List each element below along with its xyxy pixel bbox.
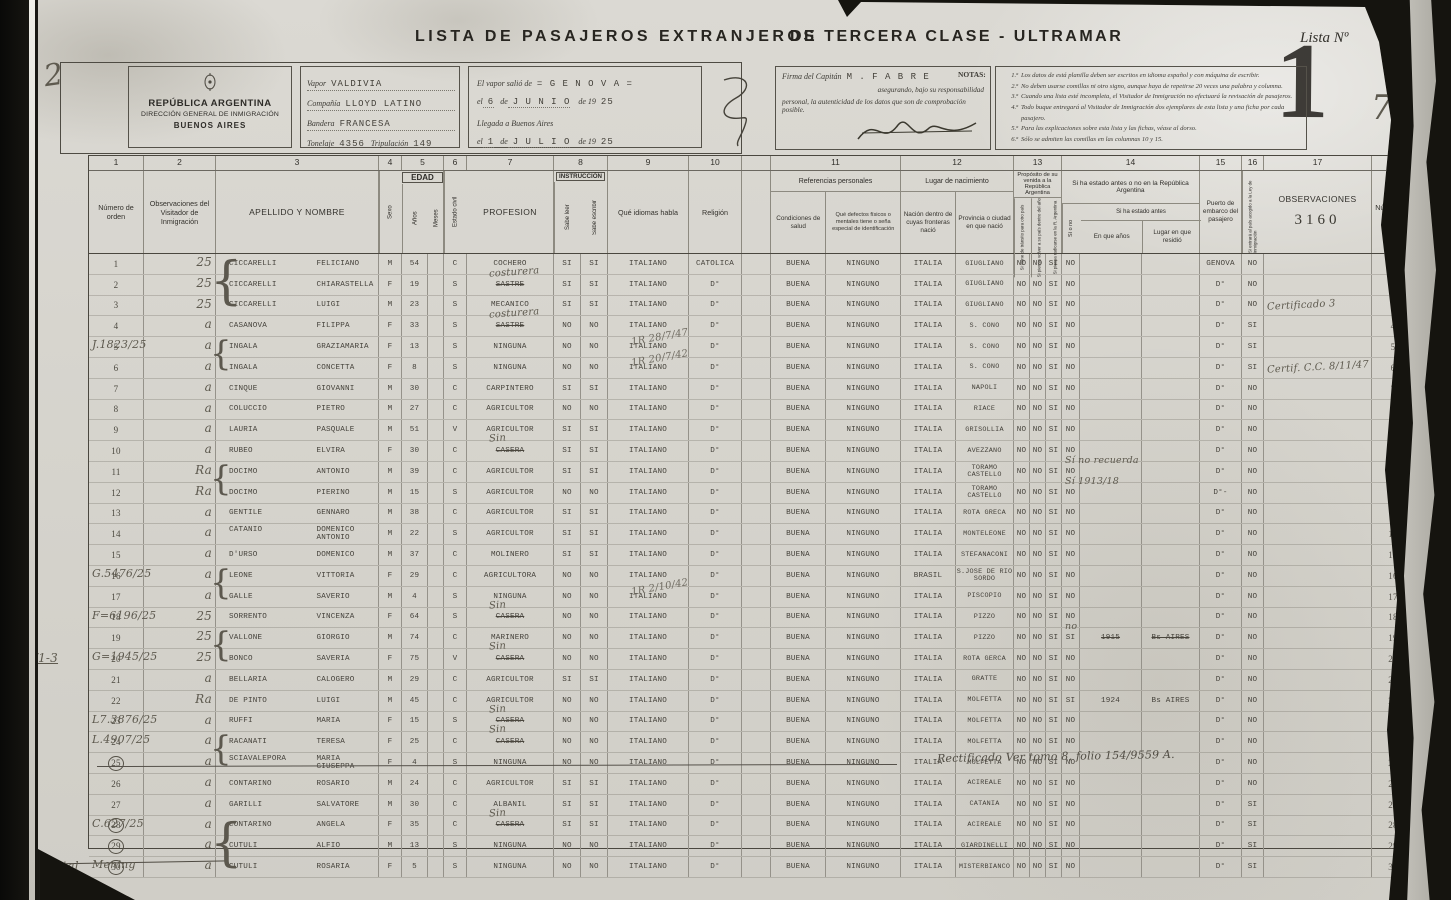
- cell-observations: [1264, 254, 1372, 274]
- observations-stamp: 3160: [1295, 211, 1341, 230]
- cell-purpose-transit: NO: [1014, 462, 1030, 482]
- cell-age-years: 30: [402, 795, 428, 815]
- cell-age-months: [428, 691, 444, 711]
- cell-embark-port: D°: [1200, 816, 1242, 836]
- table-row: 20G=1945/257/1-325BONCOSAVERIAF75VCASERA…: [89, 649, 1414, 670]
- cell-been-before: NO: [1062, 545, 1080, 565]
- note-num: 1.ª: [1002, 71, 1021, 82]
- cell-been-before: NO: [1062, 316, 1080, 336]
- cell-name: DOCIMOPIERINO: [216, 483, 379, 503]
- cell-been-before: NO: [1062, 358, 1080, 378]
- cell-age-months: [428, 857, 444, 877]
- cell-civil-status: C: [444, 628, 467, 648]
- cell-language: ITALIANO: [608, 483, 689, 503]
- cell-purpose-transit: NO: [1014, 774, 1030, 794]
- ship-name-label: Vapor: [307, 79, 326, 88]
- cell-purpose-return: NO: [1030, 795, 1046, 815]
- cell-immigration-law: NO: [1242, 732, 1264, 752]
- cell-order-number: 3: [89, 296, 144, 316]
- cell-religion: CATOLICA: [689, 254, 742, 274]
- cell-sex: M: [379, 587, 402, 607]
- cell-health: BUENA: [771, 649, 826, 669]
- cell-can-write: SI: [581, 670, 608, 690]
- cell-can-write: NO: [581, 337, 608, 357]
- cell-order-number-2: 27: [1372, 795, 1414, 815]
- cell-age-years: 22: [402, 524, 428, 544]
- cell-sex: M: [379, 774, 402, 794]
- cell-language: ITALIANO: [608, 628, 689, 648]
- cell-purpose-settle: SI: [1046, 524, 1062, 544]
- cell-purpose-settle: SI: [1046, 400, 1062, 420]
- departure-year: 25: [596, 97, 614, 107]
- cell-embark-port: D°: [1200, 275, 1242, 295]
- cell-health: BUENA: [771, 732, 826, 752]
- cell-name: GARILLISALVATORE: [216, 795, 379, 815]
- cell-religion: D°: [689, 649, 742, 669]
- cell-can-write: SI: [581, 420, 608, 440]
- cell-name: {RACANATITERESA: [216, 732, 379, 752]
- cell-name: CINQUEGIOVANNI: [216, 379, 379, 399]
- cell-birth-province: MOLFETTA: [956, 691, 1014, 711]
- cell-religion: D°: [689, 275, 742, 295]
- cell-name: RUBEOELVIRA: [216, 441, 379, 461]
- coat-of-arms-icon: [202, 73, 218, 91]
- cell-which-years: [1080, 670, 1142, 690]
- cell-name: {CONTARINOANGELA: [216, 816, 379, 836]
- cell-visitor-observation: 25: [144, 628, 216, 648]
- table-row: 1925{VALLONEGIORGIOM74CMARINERONONOITALI…: [89, 628, 1414, 649]
- cell-visitor-observation: L.4907/25a: [144, 732, 216, 752]
- header-age: EDAD: [402, 172, 443, 183]
- cell-purpose-transit: NO: [1014, 628, 1030, 648]
- cell-birth-nation: ITALIA: [901, 296, 956, 316]
- cell-health: BUENA: [771, 441, 826, 461]
- cell-where-resided: [1142, 275, 1200, 295]
- cell-defects: NINGUNO: [826, 587, 901, 607]
- cell-birth-province: S.JOSE DE RIO SORDO: [956, 566, 1014, 586]
- cell-where-resided: Bs AIRES: [1142, 628, 1200, 648]
- cell-embark-port: D°: [1200, 296, 1242, 316]
- cell-can-read: SI: [554, 275, 581, 295]
- cell-sex: F: [379, 712, 402, 732]
- header-profession: PROFESION: [467, 171, 554, 253]
- cell-defects: NINGUNO: [826, 816, 901, 836]
- cell-can-read: NO: [554, 608, 581, 628]
- cell-defects: NINGUNO: [826, 483, 901, 503]
- cell-order-number-2: 30: [1372, 857, 1414, 877]
- cell-blank: [742, 524, 771, 544]
- table-row: 15aD'URSODOMENICOM37CMOLINEROSISIITALIAN…: [89, 545, 1414, 566]
- cell-visitor-observation: a: [144, 504, 216, 524]
- cell-can-read: SI: [554, 504, 581, 524]
- cell-defects: NINGUNO: [826, 753, 901, 773]
- cell-age-months: [428, 732, 444, 752]
- cell-can-read: NO: [554, 649, 581, 669]
- cell-religion: D°: [689, 753, 742, 773]
- cell-sex: M: [379, 504, 402, 524]
- cell-purpose-return: NO: [1030, 816, 1046, 836]
- cell-civil-status: C: [444, 732, 467, 752]
- cell-health: BUENA: [771, 795, 826, 815]
- cell-purpose-transit: NO: [1014, 420, 1030, 440]
- header-instruction: INSTRUCCIÓN: [556, 172, 605, 181]
- notes-label: NOTAS:: [958, 70, 986, 79]
- cell-defects: NINGUNO: [826, 296, 901, 316]
- cell-purpose-settle: SI: [1046, 379, 1062, 399]
- cell-health: BUENA: [771, 857, 826, 877]
- cell-birth-nation: ITALIA: [901, 691, 956, 711]
- cell-immigration-law: NO: [1242, 524, 1264, 544]
- cell-purpose-settle: SI: [1046, 857, 1062, 877]
- cell-immigration-law: NO: [1242, 608, 1264, 628]
- header-sex: Sexo: [379, 171, 402, 253]
- cell-profession: AGRICULTOR: [467, 483, 554, 503]
- cell-sex: F: [379, 753, 402, 773]
- cell-immigration-law: SI: [1242, 358, 1264, 378]
- cell-order-number-2: 23: [1372, 712, 1414, 732]
- cell-observations: [1264, 816, 1372, 836]
- header-purpose-group: Propósito de su venida a la República Ar…: [1014, 171, 1062, 253]
- cell-order-number-2: 22: [1372, 691, 1414, 711]
- cell-defects: NINGUNO: [826, 670, 901, 690]
- cell-can-write: SI: [581, 545, 608, 565]
- scanned-passenger-list-page: LISTA DE PASAJEROS EXTRANJEROS DE TERCER…: [0, 0, 1451, 900]
- cell-purpose-transit: NO: [1014, 400, 1030, 420]
- cell-religion: D°: [689, 816, 742, 836]
- cell-purpose-transit: NO: [1014, 524, 1030, 544]
- cell-can-write: SI: [581, 296, 608, 316]
- cell-sex: F: [379, 337, 402, 357]
- cell-religion: D°: [689, 608, 742, 628]
- cell-purpose-return: NO: [1030, 691, 1046, 711]
- cell-birth-nation: ITALIA: [901, 275, 956, 295]
- cell-been-before: NO: [1062, 275, 1080, 295]
- cell-can-read: NO: [554, 628, 581, 648]
- cell-purpose-settle: SI: [1046, 504, 1062, 524]
- table-row: 8aCOLUCCIOPIETROM27CAGRICULTORNONOITALIA…: [89, 400, 1414, 421]
- cell-where-resided: [1142, 400, 1200, 420]
- table-row: 27aGARILLISALVATOREM30CALBANILSISIITALIA…: [89, 795, 1414, 816]
- cell-can-read: SI: [554, 462, 581, 482]
- cell-religion: D°: [689, 732, 742, 752]
- cell-profession: MOLINERO: [467, 545, 554, 565]
- cell-age-years: 15: [402, 483, 428, 503]
- cell-purpose-transit: NO: [1014, 649, 1030, 669]
- cell-age-years: 75: [402, 649, 428, 669]
- cell-embark-port: D°: [1200, 670, 1242, 690]
- cell-purpose-return: NO: [1030, 524, 1046, 544]
- cell-can-read: NO: [554, 483, 581, 503]
- cell-health: BUENA: [771, 670, 826, 690]
- cell-purpose-transit: NO: [1014, 816, 1030, 836]
- cell-purpose-settle: SI: [1046, 545, 1062, 565]
- cell-defects: NINGUNO: [826, 712, 901, 732]
- cell-blank: [742, 732, 771, 752]
- col-number: 8: [554, 156, 608, 170]
- cell-birth-nation: ITALIA: [901, 712, 956, 732]
- cell-blank: [742, 566, 771, 586]
- header-health: Condiciones de salud: [771, 192, 826, 253]
- cell-religion: D°: [689, 628, 742, 648]
- header-can-write: Sabe escribir: [582, 182, 609, 253]
- cell-sex: M: [379, 524, 402, 544]
- cell-civil-status: C: [444, 566, 467, 586]
- header-yes-no: Sí o no: [1062, 204, 1081, 253]
- cell-where-resided: [1142, 254, 1200, 274]
- cell-age-months: [428, 649, 444, 669]
- cell-age-months: [428, 420, 444, 440]
- cell-purpose-settle: SI: [1046, 608, 1062, 628]
- cell-religion: D°: [689, 524, 742, 544]
- cell-immigration-law: NO: [1242, 296, 1264, 316]
- captain-label: Firma del Capitán: [782, 72, 842, 81]
- cell-age-months: [428, 753, 444, 773]
- cell-purpose-transit: NO: [1014, 587, 1030, 607]
- agency-city: BUENOS AIRES: [129, 121, 291, 130]
- cell-can-write: NO: [581, 628, 608, 648]
- cell-profession: AGRICULTOR: [467, 691, 554, 711]
- cell-blank: [742, 504, 771, 524]
- cell-order-number: 2: [89, 275, 144, 295]
- cell-observations: [1264, 337, 1372, 357]
- cell-purpose-return: NO: [1030, 379, 1046, 399]
- table-row: 10aRUBEOELVIRAF30CCASERASinSISIITALIANOD…: [89, 441, 1414, 462]
- cell-visitor-observation: C.627/25a: [144, 816, 216, 836]
- cell-visitor-observation: L7.3876/25a: [144, 712, 216, 732]
- cell-can-read: NO: [554, 316, 581, 336]
- cell-observations: [1264, 524, 1372, 544]
- cell-visitor-observation: G=1945/257/1-325: [144, 649, 216, 669]
- cell-health: BUENA: [771, 712, 826, 732]
- cell-can-write: SI: [581, 275, 608, 295]
- cell-immigration-law: NO: [1242, 566, 1264, 586]
- cell-civil-status: S: [444, 483, 467, 503]
- cell-observations: [1264, 316, 1372, 336]
- cell-sex: M: [379, 296, 402, 316]
- cell-where-resided: [1142, 857, 1200, 877]
- cell-can-write: NO: [581, 358, 608, 378]
- cell-which-years: [1080, 358, 1142, 378]
- cell-birth-nation: ITALIA: [901, 483, 956, 503]
- cell-observations: [1264, 836, 1372, 856]
- cell-defects: NINGUNO: [826, 545, 901, 565]
- cell-purpose-settle: SI: [1046, 275, 1062, 295]
- cell-immigration-law: NO: [1242, 649, 1264, 669]
- note-item: 5.ªPara las explicaciones sobre esta lis…: [1002, 124, 1302, 135]
- cell-which-years: [1080, 400, 1142, 420]
- cell-language: ITALIANO: [608, 420, 689, 440]
- cell-birth-nation: ITALIA: [901, 649, 956, 669]
- cell-religion: D°: [689, 462, 742, 482]
- cell-been-before: NO: [1062, 795, 1080, 815]
- cell-civil-status: C: [444, 254, 467, 274]
- header-where-resided: Lugar en que residió: [1143, 221, 1201, 253]
- cell-embark-port: D°: [1200, 462, 1242, 482]
- cell-age-years: 33: [402, 316, 428, 336]
- col-number: 14: [1062, 156, 1200, 170]
- cell-age-years: 30: [402, 441, 428, 461]
- cell-which-years: [1080, 337, 1142, 357]
- flag-label: Bandera: [307, 119, 335, 128]
- cell-profession: NINGUNA: [467, 836, 554, 856]
- cell-observations: [1264, 275, 1372, 295]
- cell-age-months: [428, 545, 444, 565]
- cell-language: ITALIANO: [608, 795, 689, 815]
- cell-embark-port: D°: [1200, 316, 1242, 336]
- cell-embark-port: D°: [1200, 712, 1242, 732]
- cell-age-months: [428, 628, 444, 648]
- cell-can-read: SI: [554, 524, 581, 544]
- note-num: 2.ª: [1002, 82, 1021, 93]
- cell-where-resided: [1142, 566, 1200, 586]
- cell-purpose-return: NO: [1030, 316, 1046, 336]
- col-number: 11: [771, 156, 901, 170]
- cell-religion: D°: [689, 483, 742, 503]
- cell-can-read: NO: [554, 836, 581, 856]
- cell-age-months: [428, 441, 444, 461]
- cell-where-resided: [1142, 296, 1200, 316]
- cell-civil-status: V: [444, 649, 467, 669]
- cell-birth-province: STEFANACONI: [956, 545, 1014, 565]
- cell-order-number: 21: [89, 670, 144, 690]
- cell-observations: [1264, 483, 1372, 503]
- cell-health: BUENA: [771, 316, 826, 336]
- cell-embark-port: D°: [1200, 337, 1242, 357]
- cell-blank: [742, 316, 771, 336]
- cell-immigration-law: NO: [1242, 587, 1264, 607]
- cell-language: ITALIANO: [608, 753, 689, 773]
- cell-visitor-observation: a: [144, 524, 216, 544]
- cell-can-write: NO: [581, 566, 608, 586]
- cell-name: {VALLONEGIORGIO: [216, 628, 379, 648]
- cell-blank: [742, 462, 771, 482]
- cell-language: ITALIANO: [608, 816, 689, 836]
- cell-immigration-law: NO: [1242, 712, 1264, 732]
- cell-can-write: NO: [581, 316, 608, 336]
- cell-been-before: NO: [1062, 816, 1080, 836]
- cell-birth-province: ROTA GERCA: [956, 649, 1014, 669]
- departure-label: El vapor salió de: [477, 79, 532, 88]
- note-text: Para las explicaciones sobre esta lista …: [1021, 124, 1197, 135]
- note-num: 5.ª: [1002, 124, 1021, 135]
- cell-age-months: [428, 524, 444, 544]
- cell-sex: F: [379, 441, 402, 461]
- cell-civil-status: S: [444, 358, 467, 378]
- cell-blank: [742, 753, 771, 773]
- cell-sex: M: [379, 795, 402, 815]
- cell-purpose-settle: SI: [1046, 836, 1062, 856]
- cell-name: GALLESAVERIO: [216, 587, 379, 607]
- cell-health: BUENA: [771, 296, 826, 316]
- cell-purpose-return: NO: [1030, 441, 1046, 461]
- col-number: 12: [901, 156, 1014, 170]
- cell-order-number-2: 28: [1372, 816, 1414, 836]
- cell-birth-province: S. CONO: [956, 316, 1014, 336]
- cell-purpose-settle: SI: [1046, 254, 1062, 274]
- cell-observations: [1264, 795, 1372, 815]
- cell-purpose-settle: SI: [1046, 670, 1062, 690]
- cell-birth-nation: ITALIA: [901, 337, 956, 357]
- header-birth-nation: Nación dentro de cuyas fronteras nació: [901, 192, 956, 253]
- cell-where-resided: [1142, 441, 1200, 461]
- cell-purpose-transit: NO: [1014, 857, 1030, 877]
- cell-embark-port: D°: [1200, 587, 1242, 607]
- cell-health: BUENA: [771, 774, 826, 794]
- cell-sex: M: [379, 670, 402, 690]
- cell-age-months: [428, 400, 444, 420]
- header-which-years: En que años: [1081, 221, 1143, 253]
- cell-age-years: 64: [402, 608, 428, 628]
- cell-birth-nation: ITALIA: [901, 254, 956, 274]
- cell-can-read: SI: [554, 296, 581, 316]
- cell-can-write: NO: [581, 857, 608, 877]
- header-observations: OBSERVACIONES 3160: [1264, 171, 1372, 253]
- arrival-row: Llegada a Buenos Aires: [477, 113, 695, 131]
- cell-language: ITALIANO: [608, 836, 689, 856]
- cell-name: RUFFIMARIA: [216, 712, 379, 732]
- cell-sex: M: [379, 379, 402, 399]
- cell-sex: M: [379, 836, 402, 856]
- cell-age-months: [428, 795, 444, 815]
- flag-field: BanderaFRANCESA: [307, 113, 455, 131]
- cell-purpose-return: NO: [1030, 587, 1046, 607]
- cell-where-resided: [1142, 483, 1200, 503]
- cell-defects: NINGUNO: [826, 420, 901, 440]
- cell-immigration-law: NO: [1242, 504, 1264, 524]
- table-row: 21aBELLARIACALOGEROM29CAGRICULTORSISIITA…: [89, 670, 1414, 691]
- cell-health: BUENA: [771, 524, 826, 544]
- cell-birth-province: MOLFETTA: [956, 712, 1014, 732]
- cell-purpose-settle: SI: [1046, 816, 1062, 836]
- cell-can-write: SI: [581, 504, 608, 524]
- header-been-before: Si ha estado antes o no en la República …: [1062, 171, 1199, 204]
- header-civil-status: Estado civil: [444, 171, 467, 253]
- table-row: 4aCASANOVAFILIPPAF33SSASTREcostureraNONO…: [89, 316, 1414, 337]
- cell-sex: F: [379, 857, 402, 877]
- cell-been-before: NO: [1062, 296, 1080, 316]
- cell-can-read: NO: [554, 566, 581, 586]
- col-number: 15: [1200, 156, 1242, 170]
- cell-blank: [742, 857, 771, 877]
- table-row: 6aINGALACONCETTAF8SNINGUNANONOITALIANOD°…: [89, 358, 1414, 379]
- crew-value: 149: [408, 139, 432, 149]
- cell-immigration-law: NO: [1242, 254, 1264, 274]
- cell-order-number: 4: [89, 316, 144, 336]
- cell-birth-province: ACIREALE: [956, 774, 1014, 794]
- cell-sex: F: [379, 275, 402, 295]
- table-header-row: Número de orden Observaciones del Visita…: [89, 171, 1414, 254]
- cell-which-years: 1924: [1080, 691, 1142, 711]
- cell-age-months: [428, 358, 444, 378]
- cell-embark-port: D°: [1200, 400, 1242, 420]
- cell-embark-port: D°: [1200, 566, 1242, 586]
- cell-name: BONCOSAVERIA: [216, 649, 379, 669]
- cell-which-years: [1080, 795, 1142, 815]
- cell-defects: NINGUNO: [826, 358, 901, 378]
- cell-health: BUENA: [771, 275, 826, 295]
- cell-age-months: [428, 774, 444, 794]
- cell-civil-status: S: [444, 316, 467, 336]
- cell-age-years: 13: [402, 836, 428, 856]
- cell-order-number: 15: [89, 545, 144, 565]
- cell-purpose-settle: SI: [1046, 296, 1062, 316]
- cell-visitor-observation: MeningHospitala: [144, 857, 216, 877]
- cell-blank: [742, 441, 771, 461]
- header-immigration-law: Si entrará al país acogido a la Ley de i…: [1242, 171, 1264, 253]
- cell-language: ITALIANO: [608, 712, 689, 732]
- cell-civil-status: C: [444, 504, 467, 524]
- cell-observations: Certificado 3: [1264, 296, 1372, 316]
